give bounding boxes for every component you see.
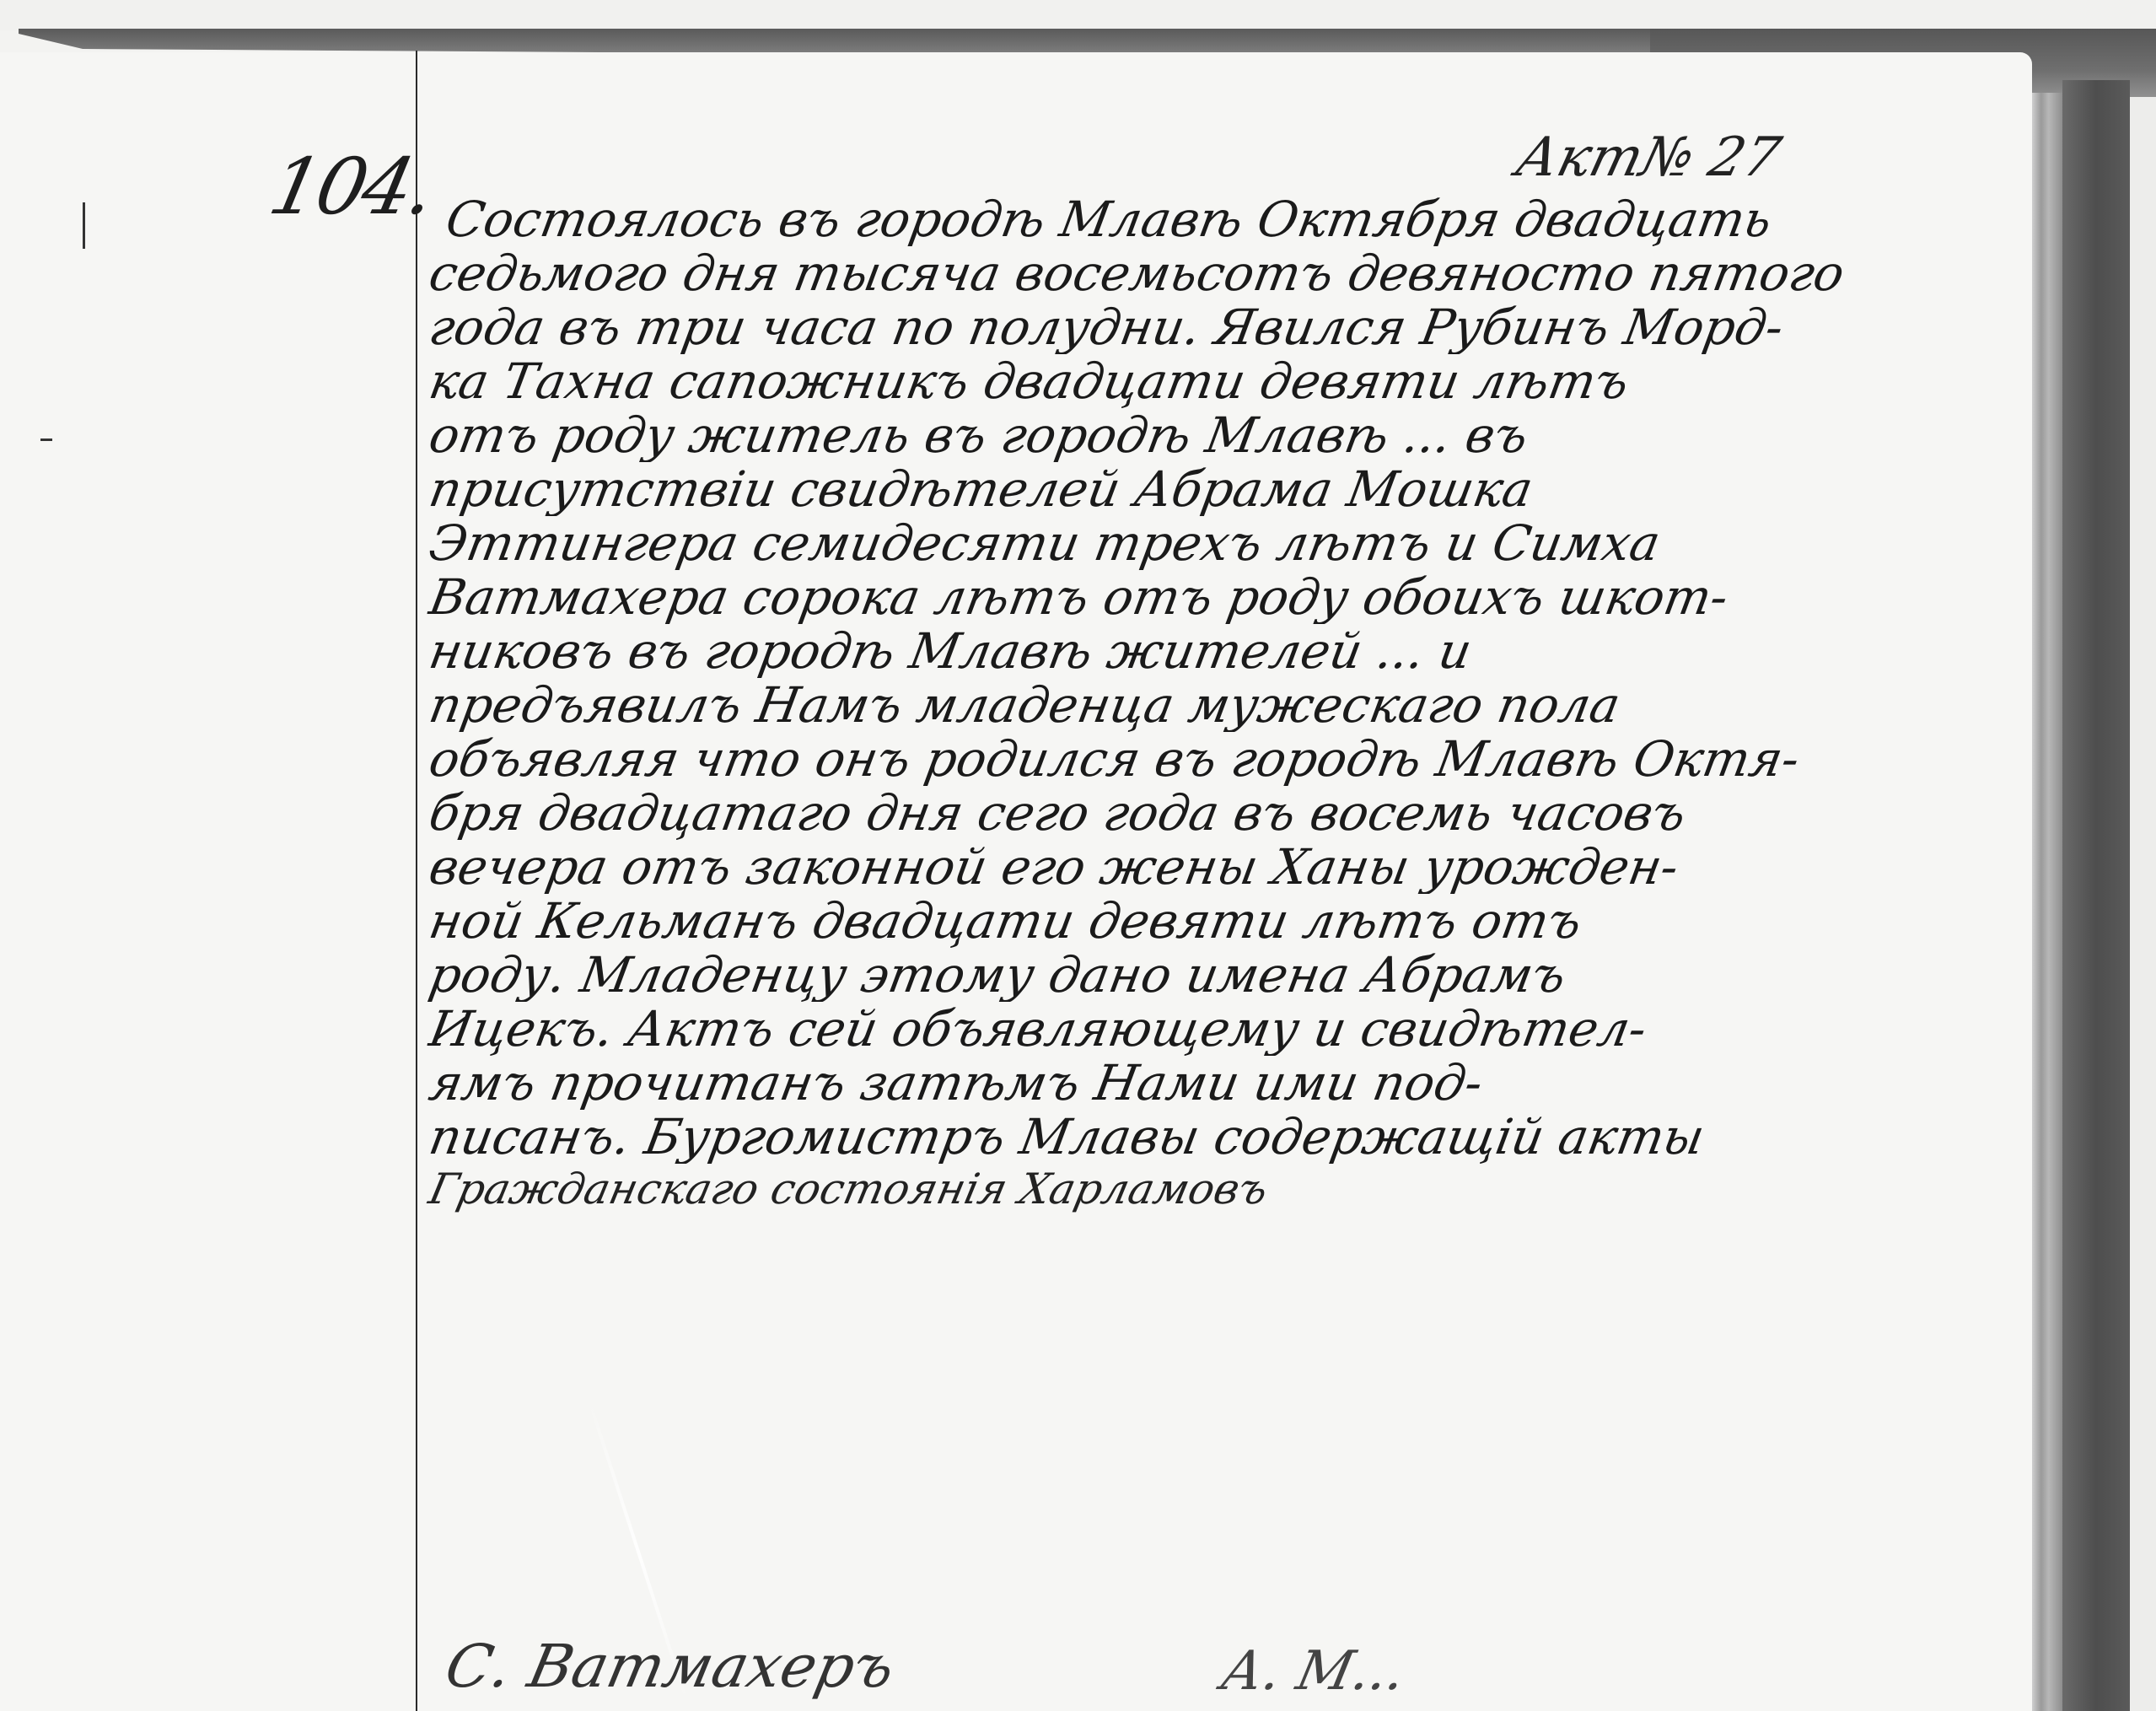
act-number-heading: Акт№ 27 [1510, 126, 1787, 189]
record-line: Эттингера семидесяти трехъ лѣтъ и Симха [425, 516, 2019, 570]
photo-background-right [2130, 97, 2156, 1711]
record-line: никовъ въ городѣ Млавѣ жителей ... и [425, 624, 2019, 678]
record-line: объявляя что онъ родился въ городѣ Млавѣ… [425, 732, 2019, 786]
record-line: ка Тахна сапожникъ двадцати девяти лѣтъ [425, 354, 2019, 408]
photo-background-top [0, 0, 2156, 30]
record-line: бря двадцатаго дня сего года въ восемь ч… [425, 786, 2019, 840]
record-line: писанъ. Бургомистръ Млавы содержащій акт… [425, 1110, 2019, 1164]
witness-signatures: С. Ватмахеръ А. М... [413, 1632, 1678, 1708]
witness-signature-left: С. Ватмахеръ [439, 1632, 901, 1701]
record-body: Состоялось въ городѣ Млавѣ Октября двадц… [430, 192, 2015, 1164]
record-number: 104. [262, 142, 441, 232]
record-line: ямъ прочитанъ затѣмъ Нами ими под- [425, 1056, 2019, 1110]
margin-tick-mark [83, 202, 85, 249]
book-binding [2062, 80, 2130, 1711]
record-line: отъ роду житель въ городѣ Млавѣ ... въ [425, 408, 2019, 462]
record-line: Ватмахера сорока лѣтъ отъ роду обоихъ шк… [425, 570, 2019, 624]
record-line: седьмого дня тысяча восемьсотъ девяносто… [425, 246, 2019, 300]
record-line: Состоялось въ городѣ Млавѣ Октября двадц… [442, 192, 2019, 246]
witness-signature-right: А. М... [1216, 1640, 1411, 1703]
official-signature-line: Гражданскаго состоянія Харламовъ [425, 1164, 2021, 1214]
page-stack-edge [2032, 93, 2062, 1711]
record-line: роду. Младенцу этому дано имена Абрамъ [425, 948, 2019, 1002]
record-line: вечера отъ законной его жены Ханы урожде… [425, 840, 2019, 894]
record-line: присутствіи свидѣтелей Абрама Мошка [425, 462, 2019, 516]
closing-block: Гражданскаго состоянія Харламовъ [430, 1164, 2015, 1214]
margin-tick-mark [40, 439, 52, 441]
record-line: Ицекъ. Актъ сей объявляющему и свидѣтел- [425, 1002, 2019, 1056]
margin-rule [416, 51, 417, 1711]
record-line: предъявилъ Намъ младенца мужескаго пола [425, 678, 2019, 732]
record-line: ной Кельманъ двадцати девяти лѣтъ отъ [425, 894, 2019, 948]
record-line: года въ три часа по полудни. Явился Руби… [425, 300, 2019, 354]
